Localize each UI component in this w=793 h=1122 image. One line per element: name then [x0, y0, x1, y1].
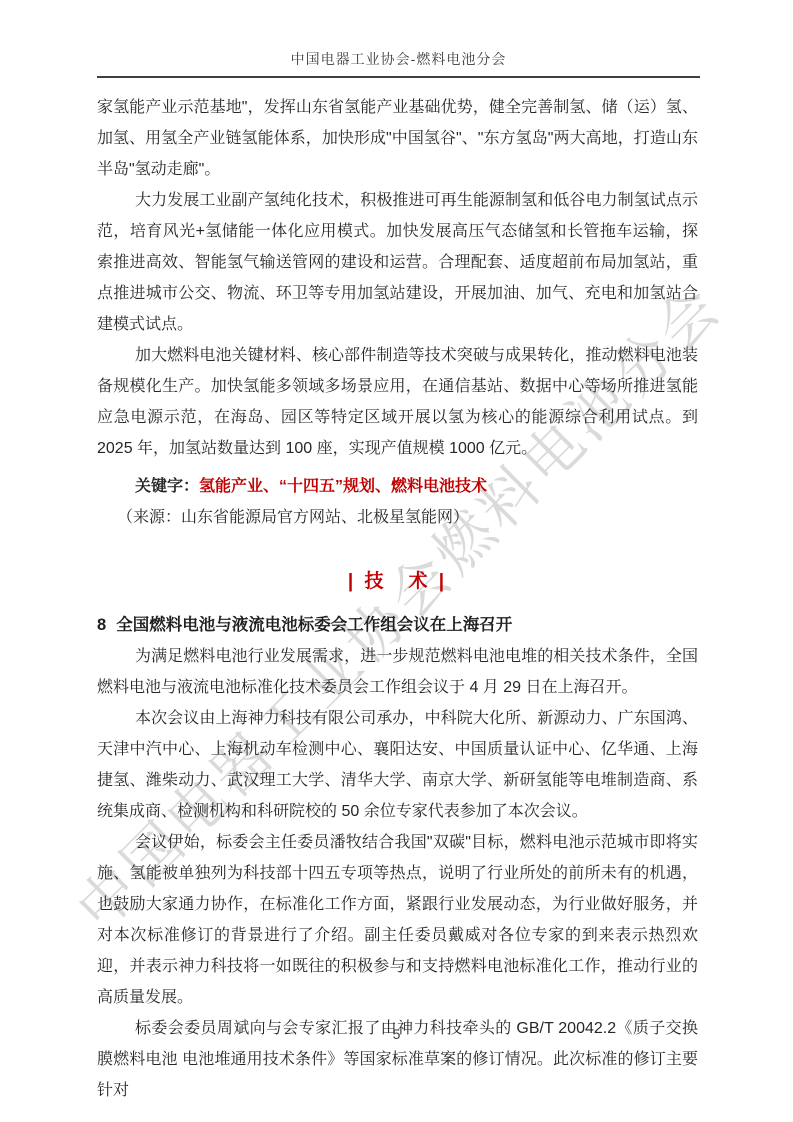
- keywords-value: 氢能产业、“十四五”规划、燃料电池技术: [199, 478, 487, 495]
- article-title: 全国燃料电池与液流电池标委会工作组会议在上海召开: [116, 616, 512, 634]
- paragraph-meeting-purpose: 为满足燃料电池行业发展需求，进一步规范燃料电池电堆的相关技术条件，全国燃料电池与…: [97, 641, 698, 703]
- source-line: （来源：山东省能源局官方网站、北极星氢能网）: [97, 502, 698, 533]
- page-number: 5: [393, 1026, 401, 1042]
- section-title-technology: | 技 术 |: [97, 567, 698, 597]
- header-title: 中国电器工业协会-燃料电池分会: [97, 49, 700, 69]
- keywords-line: 关键字：氢能产业、“十四五”规划、燃料电池技术: [97, 471, 698, 502]
- article-heading: 8全国燃料电池与液流电池标委会工作组会议在上海召开: [97, 610, 698, 641]
- page-header: 中国电器工业协会-燃料电池分会: [97, 0, 700, 78]
- page-footer: 5: [0, 1026, 793, 1044]
- paragraph-hydrogen-purification: 大力发展工业副产氢纯化技术，积极推进可再生能源制氢和低谷电力制氢试点示范，培育风…: [97, 185, 698, 340]
- paragraph-hydrogen-demo-base: 家氢能产业示范基地"，发挥山东省氢能产业基础优势，健全完善制氢、储（运）氢、加氢…: [97, 92, 698, 185]
- paragraph-fuel-cell-equipment: 加大燃料电池关键材料、核心部件制造等技术突破与成果转化，推动燃料电池装备规模化生…: [97, 340, 698, 464]
- document-page: 中国电器工业协会燃料电池分会 中国电器工业协会-燃料电池分会 家氢能产业示范基地…: [0, 0, 793, 1122]
- document-content: 家氢能产业示范基地"，发挥山东省氢能产业基础优势，健全完善制氢、储（运）氢、加氢…: [97, 76, 698, 1106]
- paragraph-meeting-attendees: 本次会议由上海神力科技有限公司承办，中科院大化所、新源动力、广东国鸿、天津中汽中…: [97, 703, 698, 827]
- paragraph-meeting-opening: 会议伊始，标委会主任委员潘牧结合我国"双碳"目标，燃料电池示范城市即将实施、氢能…: [97, 827, 698, 1013]
- keywords-label: 关键字：: [135, 478, 199, 495]
- article-number: 8: [97, 616, 106, 634]
